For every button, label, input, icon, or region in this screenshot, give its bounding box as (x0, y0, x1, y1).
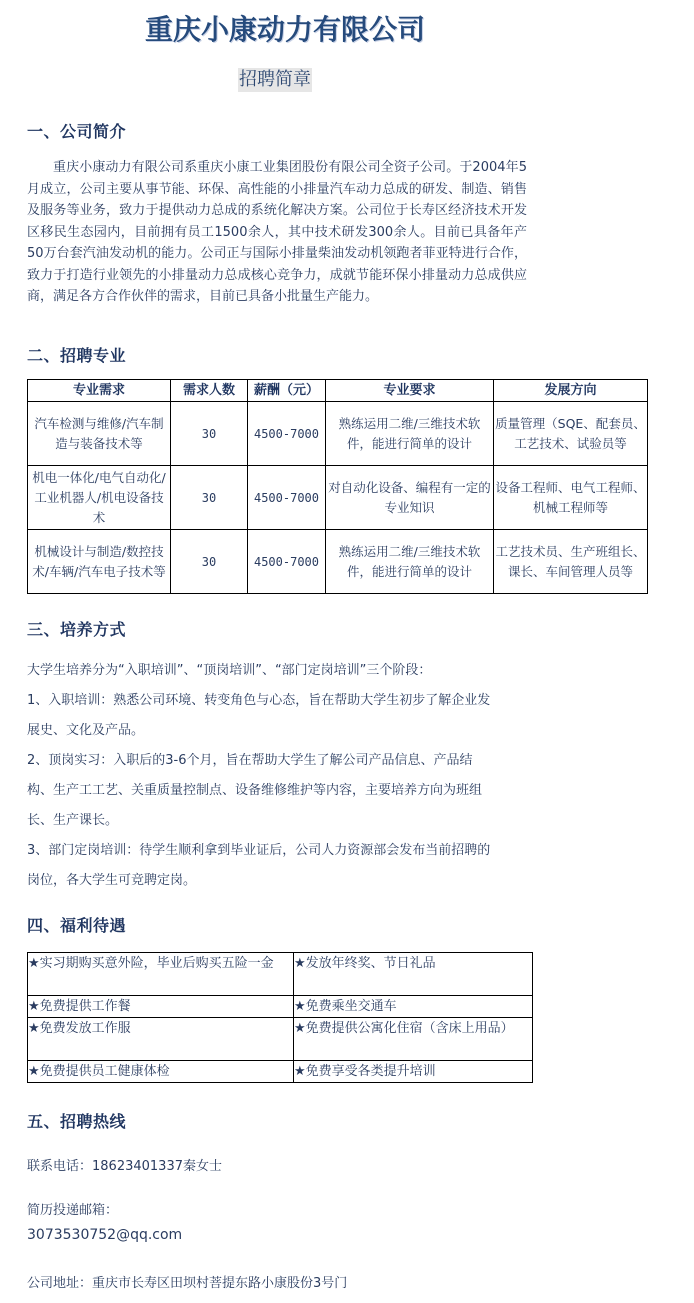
table-row: ★免费提供员工健康体检 ★免费享受各类提升培训 (28, 1061, 533, 1083)
training-line: 1、入职培训：熟悉公司环境、转变角色与心态，旨在帮助大学生初步了解企业发 (27, 689, 490, 708)
benefits-table: ★实习期购买意外险，毕业后购买五险一金 ★发放年终奖、节日礼品 ★免费提供工作餐… (27, 952, 533, 1083)
training-line: 2、顶岗实习：入职后的3-6个月，旨在帮助大学生了解公司产品信息、产品结 (27, 749, 473, 768)
email-label: 简历投递邮箱： (27, 1199, 118, 1218)
column-header-count: 需求人数 (171, 380, 248, 402)
cell-salary: 4500-7000 (248, 466, 326, 530)
cell-requirement: 熟练运用二维/三维技术软件，能进行简单的设计 (326, 530, 494, 594)
jobs-table: 专业需求 需求人数 薪酬（元） 专业要求 发展方向 汽车检测与维修/汽车制造与装… (27, 379, 648, 594)
contact-phone: 联系电话：18623401337秦女士 (27, 1155, 222, 1174)
section-heading-intro: 一、公司简介 (27, 119, 126, 142)
cell-count: 30 (171, 402, 248, 466)
section-heading-training: 三、培养方式 (27, 617, 126, 640)
training-intro: 大学生培养分为“入职培训”、“顶岗培训”、“部门定岗培训”三个阶段： (27, 659, 431, 678)
column-header-requirement: 专业要求 (326, 380, 494, 402)
benefit-item: ★免费发放工作服 (28, 1018, 294, 1061)
training-line: 3、部门定岗培训：待学生顺利拿到毕业证后，公司人力资源部会发布当前招聘的 (27, 839, 490, 858)
column-header-salary: 薪酬（元） (248, 380, 326, 402)
training-line: 展史、文化及产品。 (27, 719, 144, 738)
cell-requirement: 对自动化设备、编程有一定的专业知识 (326, 466, 494, 530)
cell-count: 30 (171, 530, 248, 594)
company-address: 公司地址：重庆市长寿区田坝村菩提东路小康股份3号门 (27, 1272, 347, 1291)
company-intro-text: 重庆小康动力有限公司系重庆小康工业集团股份有限公司全资子公司。于2004年5月成… (27, 157, 527, 308)
column-header-major: 专业需求 (28, 380, 171, 402)
table-row: ★免费发放工作服 ★免费提供公寓化住宿（含床上用品） (28, 1018, 533, 1061)
cell-count: 30 (171, 466, 248, 530)
company-title: 重庆小康动力有限公司 (0, 8, 570, 48)
benefit-item: ★免费提供员工健康体检 (28, 1061, 294, 1083)
benefit-item: ★免费提供公寓化住宿（含床上用品） (294, 1018, 533, 1061)
section-heading-benefits: 四、福利待遇 (27, 913, 126, 936)
cell-direction: 设备工程师、电气工程师、机械工程师等 (494, 466, 648, 530)
table-row: ★免费提供工作餐 ★免费乘坐交通车 (28, 996, 533, 1018)
benefit-item: ★发放年终奖、节日礼品 (294, 953, 533, 996)
benefit-item: ★实习期购买意外险，毕业后购买五险一金 (28, 953, 294, 996)
training-line: 岗位，各大学生可竞聘定岗。 (27, 869, 196, 888)
cell-direction: 工艺技术员、生产班组长、课长、车间管理人员等 (494, 530, 648, 594)
training-line: 构、生产工工艺、关重质量控制点、设备维修维护等内容，主要培养方向为班组 (27, 779, 482, 798)
cell-major: 机械设计与制造/数控技术/车辆/汽车电子技术等 (28, 530, 171, 594)
table-row: 机械设计与制造/数控技术/车辆/汽车电子技术等 30 4500-7000 熟练运… (28, 530, 648, 594)
table-row: ★实习期购买意外险，毕业后购买五险一金 ★发放年终奖、节日礼品 (28, 953, 533, 996)
recruitment-subtitle: 招聘简章 (238, 68, 312, 92)
cell-major: 汽车检测与维修/汽车制造与装备技术等 (28, 402, 171, 466)
cell-major: 机电一体化/电气自动化/工业机器人/机电设备技术 (28, 466, 171, 530)
jobs-table-header: 专业需求 需求人数 薪酬（元） 专业要求 发展方向 (28, 380, 648, 402)
table-row: 机电一体化/电气自动化/工业机器人/机电设备技术 30 4500-7000 对自… (28, 466, 648, 530)
benefit-item: ★免费享受各类提升培训 (294, 1061, 533, 1083)
section-heading-contact: 五、招聘热线 (27, 1109, 126, 1132)
table-row: 汽车检测与维修/汽车制造与装备技术等 30 4500-7000 熟练运用二维/三… (28, 402, 648, 466)
benefit-item: ★免费提供工作餐 (28, 996, 294, 1018)
column-header-direction: 发展方向 (494, 380, 648, 402)
cell-salary: 4500-7000 (248, 530, 326, 594)
section-heading-jobs: 二、招聘专业 (27, 343, 126, 366)
cell-salary: 4500-7000 (248, 402, 326, 466)
cell-requirement: 熟练运用二维/三维技术软件，能进行简单的设计 (326, 402, 494, 466)
cell-direction: 质量管理（SQE、配套员、工艺技术、试验员等 (494, 402, 648, 466)
benefit-item: ★免费乘坐交通车 (294, 996, 533, 1018)
contact-email[interactable]: 3073530752@qq.com (27, 1227, 182, 1243)
training-line: 长、生产课长。 (27, 809, 118, 828)
